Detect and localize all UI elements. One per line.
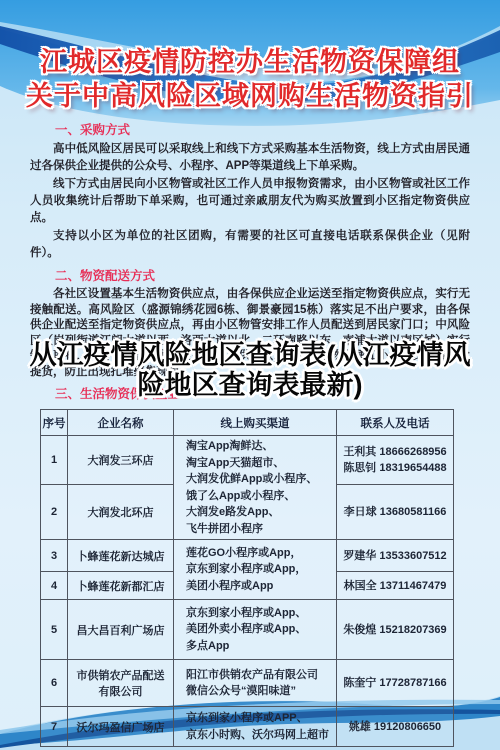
company-name-cell: 大润发三环店 bbox=[68, 436, 174, 485]
row-number-cell: 4 bbox=[41, 572, 68, 600]
paragraph: 支持以小区为单位的社区团购，有需要的社区可直接电话联系保供企业（见附件）。 bbox=[30, 228, 470, 262]
contact-cell: 林国全 13711467479 bbox=[337, 572, 454, 600]
company-name-cell: 卜蜂莲花新都汇店 bbox=[68, 572, 174, 600]
section-heading-delivery: 二、物资配送方式 bbox=[55, 268, 470, 284]
table-row: 1 大润发三环店 淘宝App淘鲜达、 淘宝App天猫超市、 大润发优鲜App或小… bbox=[41, 436, 454, 485]
overlay-headline: 从江疫情风险地区查询表(从江疫情风 险地区查询表最新) bbox=[0, 340, 500, 400]
row-number-cell: 7 bbox=[41, 707, 68, 747]
header-cell-company: 企业名称 bbox=[68, 410, 174, 436]
table-header-row: 序号 企业名称 线上购买渠道 联系人及电话 bbox=[41, 410, 454, 436]
channel-cell: 莲花GO小程序或App， 京东到家小程序或App， 美团小程序或App bbox=[174, 540, 337, 600]
table-row: 3 卜蜂莲花新达城店 莲花GO小程序或App， 京东到家小程序或App， 美团小… bbox=[41, 540, 454, 572]
paragraph: 高中低风险区居民可以采取线上和线下方式采购基本生活物资，线上方式由居民通过各保供… bbox=[30, 141, 470, 175]
contact-cell: 陈奎宁 17728787166 bbox=[337, 660, 454, 707]
poster-title-line2: 关于中高风险区域网购生活物资指引 bbox=[0, 74, 500, 113]
company-name-cell: 昌大昌百利广场店 bbox=[68, 600, 174, 660]
contact-cell: 李日球 13680581166 bbox=[337, 484, 454, 539]
company-name-cell: 市供销农产品配送 有限公司 bbox=[68, 660, 174, 707]
channel-cell: 淘宝App淘鲜达、 淘宝App天猫超市、 大润发优鲜App或小程序、 饿了么Ap… bbox=[174, 436, 337, 540]
row-number-cell: 2 bbox=[41, 484, 68, 539]
row-number-cell: 3 bbox=[41, 540, 68, 572]
contact-cell: 罗建华 13533607512 bbox=[337, 540, 454, 572]
contact-cell: 王利其 18666268956 陈思钊 18319654488 bbox=[337, 436, 454, 485]
paragraph: 线下方式由居民向小区物管或社区工作人员申报物资需求，由小区物管或社区工作人员收集… bbox=[30, 176, 470, 227]
contact-cell: 朱俊煌 15218207369 bbox=[337, 600, 454, 660]
company-name-cell: 沃尔玛盈信广场店 bbox=[68, 707, 174, 747]
header-cell-channel: 线上购买渠道 bbox=[174, 410, 337, 436]
channel-cell: 京东到家小程序或App、 美团外卖小程序或App、 多点App bbox=[174, 600, 337, 660]
supplier-table: 序号 企业名称 线上购买渠道 联系人及电话 1 大润发三环店 淘宝App淘鲜达、… bbox=[40, 409, 454, 747]
table-row: 7 沃尔玛盈信广场店 京东到家小程序或APP、 京东小时购、沃尔玛网上超市 姚雄… bbox=[41, 707, 454, 747]
channel-cell: 京东到家小程序或APP、 京东小时购、沃尔玛网上超市 bbox=[174, 707, 337, 747]
company-name-cell: 大润发北环店 bbox=[68, 484, 174, 539]
channel-cell: 阳江市供销农产品有限公司 微信公众号“漠阳味道” bbox=[174, 660, 337, 707]
section-heading-purchase: 一、采购方式 bbox=[55, 122, 470, 138]
row-number-cell: 1 bbox=[41, 436, 68, 485]
supplier-table-wrap: 序号 企业名称 线上购买渠道 联系人及电话 1 大润发三环店 淘宝App淘鲜达、… bbox=[40, 409, 470, 747]
poster-body: 一、采购方式 高中低风险区居民可以采取线上和线下方式采购基本生活物资，线上方式由… bbox=[30, 116, 470, 747]
row-number-cell: 5 bbox=[41, 600, 68, 660]
company-name-cell: 卜蜂莲花新达城店 bbox=[68, 540, 174, 572]
header-cell-contact: 联系人及电话 bbox=[337, 410, 454, 436]
table-row: 6 市供销农产品配送 有限公司 阳江市供销农产品有限公司 微信公众号“漠阳味道”… bbox=[41, 660, 454, 707]
row-number-cell: 6 bbox=[41, 660, 68, 707]
table-row: 5 昌大昌百利广场店 京东到家小程序或App、 美团外卖小程序或App、 多点A… bbox=[41, 600, 454, 660]
header-cell-no: 序号 bbox=[41, 410, 68, 436]
contact-cell: 姚雄 19120806650 bbox=[337, 707, 454, 747]
